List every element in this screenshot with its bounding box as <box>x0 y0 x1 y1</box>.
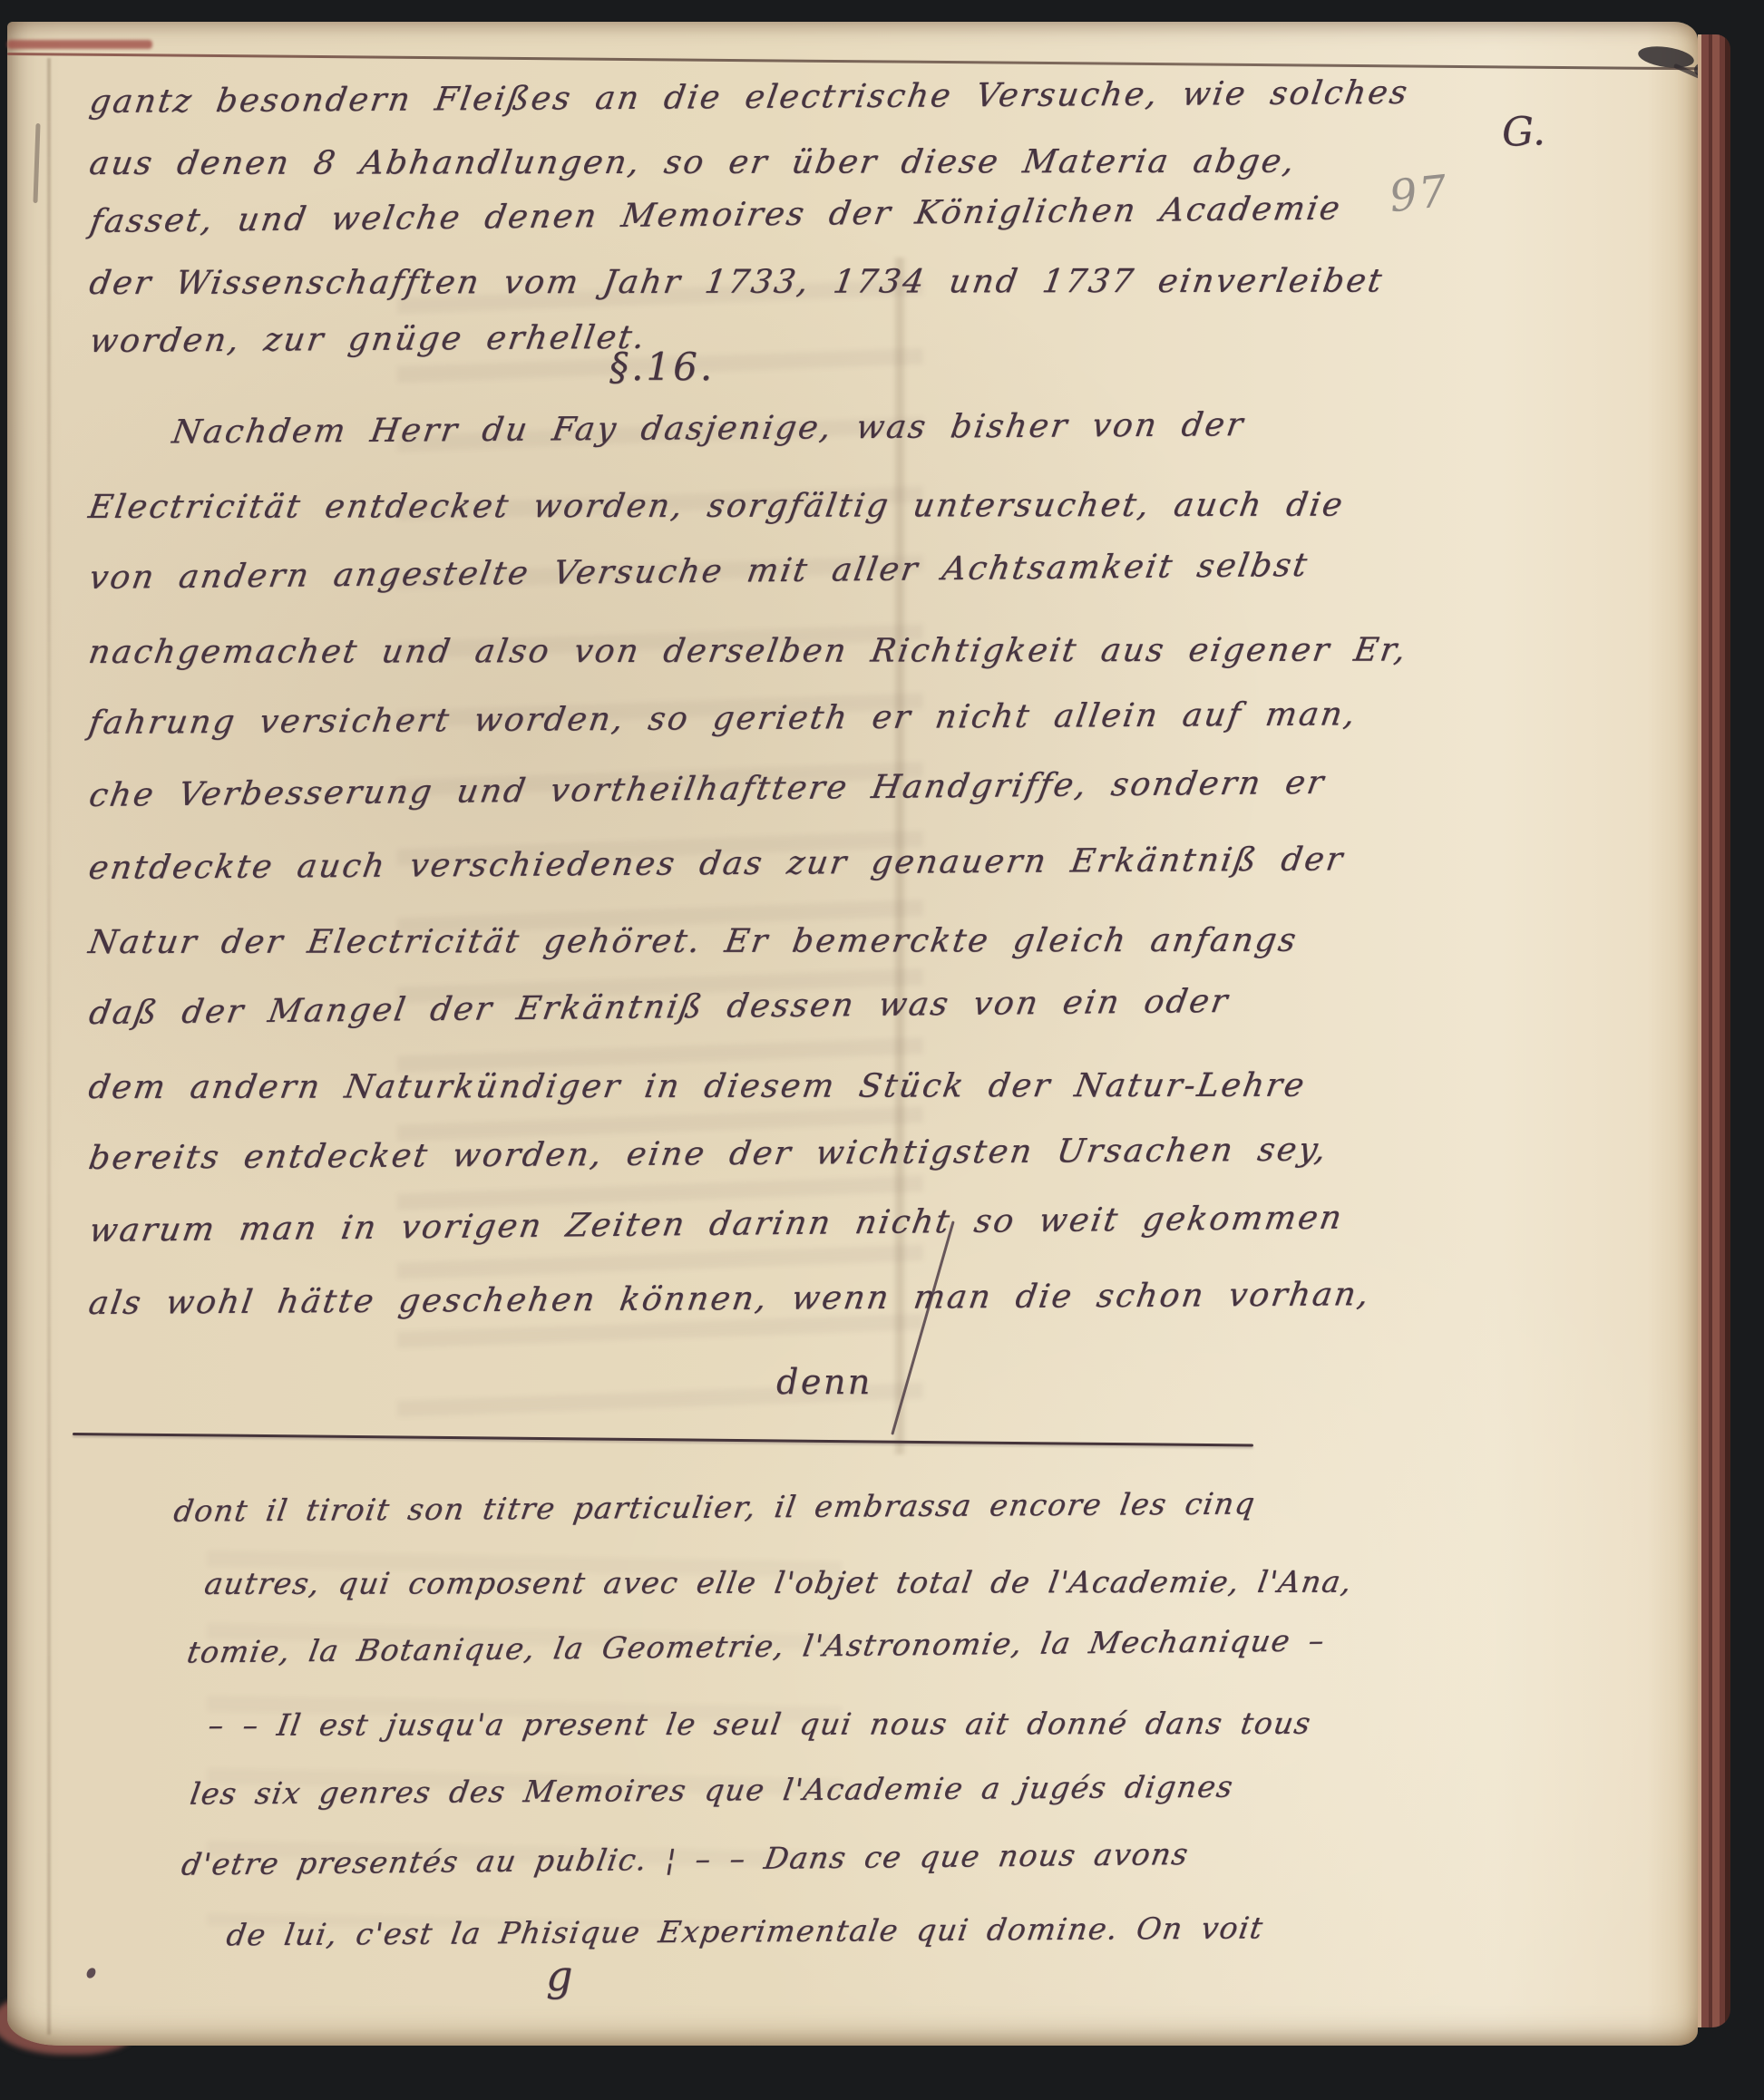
cover-edge-red <box>7 40 152 49</box>
french-text-line: – – Il est jusqu'a present le seul qui n… <box>141 1688 1278 1761</box>
french-text-line: les six genres des Memoires que l'Academ… <box>141 1751 1278 1830</box>
ink-dot <box>85 1967 98 1980</box>
french-text-line: de lui, c'est la Phisique Experimentale … <box>141 1892 1278 1971</box>
french-text-line: tomie, la Botanique, la Geometrie, l'Ast… <box>141 1606 1280 1688</box>
german-text-line: gantz besondern Fleißes an die electrisc… <box>85 64 1292 132</box>
french-footnote-block: dont il tiroit son titre particulier, il… <box>141 1476 1266 1971</box>
german-intro-block: gantz besondern Fleißes an die electrisc… <box>85 73 1282 372</box>
german-text-line: von andern angestelte Versuche mit aller… <box>83 530 1304 615</box>
catchword: denn <box>776 1362 872 1402</box>
german-text-line: bereits entdecket worden, eine der wicht… <box>83 1114 1302 1195</box>
german-text-line: als wohl hätte geschehen können, wenn ma… <box>83 1259 1302 1340</box>
page-crease <box>47 58 51 2035</box>
french-text-line: d'etre presentés au public. ¦ – – Dans c… <box>141 1818 1280 1901</box>
page-number-pencil: 97 <box>1387 166 1451 222</box>
manuscript-photo: G. 97 gantz besondern Fleißes an die ele… <box>0 0 1764 2100</box>
german-text-line: warum man in vorigen Zeiten darinn nicht… <box>83 1182 1304 1268</box>
german-text-line: fasset, und welche denen Memoires der Kö… <box>85 180 1294 252</box>
book-fore-edge <box>1698 34 1730 2027</box>
french-text-line: dont il tiroit son titre particulier, il… <box>141 1468 1278 1547</box>
german-text-line: nachgemachet und also von derselben Rich… <box>83 615 1301 689</box>
german-text-line: che Verbesserung und vortheilhafttere Ha… <box>83 747 1304 832</box>
margin-pen-stroke <box>33 123 40 203</box>
german-text-line: dem andern Naturkündiger in diesem Stück… <box>83 1050 1301 1124</box>
german-paragraph-block: Nachdem Herr du Fay dasjenige, was bishe… <box>83 397 1290 1340</box>
german-text-line: fahrung versichert worden, so gerieth er… <box>83 679 1302 760</box>
german-text-line: Nachdem Herr du Fay dasjenige, was bishe… <box>83 389 1302 470</box>
catchword: g <box>546 1951 574 2000</box>
manuscript-page: G. 97 gantz besondern Fleißes an die ele… <box>7 22 1698 2046</box>
section-heading: §.16. <box>609 345 715 389</box>
german-text-line: daß der Mangel der Erkäntniß dessen was … <box>83 965 1304 1050</box>
gathering-letter: G. <box>1501 108 1545 156</box>
german-text-line: entdeckte auch verschiedenes das zur gen… <box>83 824 1302 905</box>
footnote-separator-rule <box>73 1433 1253 1446</box>
